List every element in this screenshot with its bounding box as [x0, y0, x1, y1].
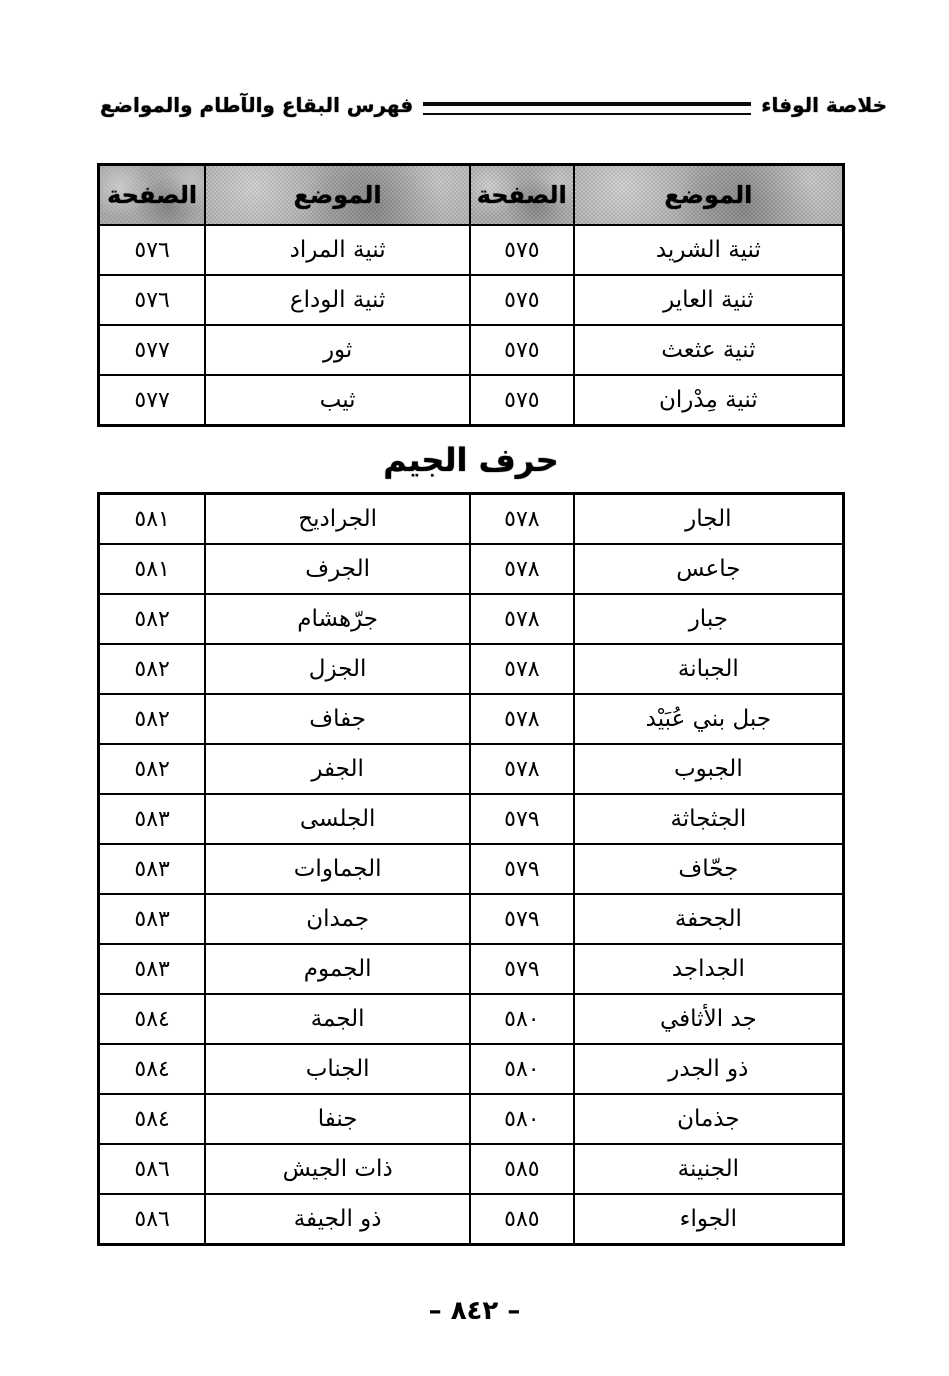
entry-place-cell: جفاف — [205, 694, 470, 744]
entry-place-cell: الجار — [574, 494, 844, 545]
entry-place-cell: جبار — [574, 594, 844, 644]
index-table-row: جد الأثافي ٥٨٠ الجمة ٥٨٤ — [99, 994, 844, 1044]
entry-place-cell: ذو الجيفة — [205, 1194, 470, 1245]
entry-page-cell: ٥٨٠ — [470, 1044, 574, 1094]
index-table-tha: الموضع الصفحة الموضع الصفحة ثنية الشريد … — [97, 163, 845, 427]
running-header-book-title: خلاصة الوفاء — [761, 93, 887, 117]
entry-page-cell: ٥٧٨ — [470, 544, 574, 594]
index-table-row: الجار ٥٧٨ الجراديح ٥٨١ — [99, 494, 844, 545]
book-index-page: خلاصة الوفاء فهرس البقاع والآطام والمواض… — [0, 0, 949, 1376]
index-table-row: جحّاف ٥٧٩ الجماوات ٥٨٣ — [99, 844, 844, 894]
entry-page-cell: ٥٧٨ — [470, 494, 574, 545]
entry-place-cell: الجمة — [205, 994, 470, 1044]
entry-page-cell: ٥٨٤ — [99, 1094, 206, 1144]
running-header: خلاصة الوفاء فهرس البقاع والآطام والمواض… — [100, 86, 887, 124]
entry-page-cell: ٥٧٩ — [470, 844, 574, 894]
index-table-row: ذو الجدر ٥٨٠ الجناب ٥٨٤ — [99, 1044, 844, 1094]
entry-page-cell: ٥٨٣ — [99, 894, 206, 944]
entry-place-cell: ثور — [205, 325, 470, 375]
entry-page-cell: ٥٧٥ — [470, 325, 574, 375]
entry-place-cell: ذو الجدر — [574, 1044, 844, 1094]
entry-place-cell: الجداجد — [574, 944, 844, 994]
entry-page-cell: ٥٨٦ — [99, 1194, 206, 1245]
entry-place-cell: جحّاف — [574, 844, 844, 894]
page-number: – ٨٤٢ – — [0, 1296, 949, 1326]
entry-place-cell: الجفر — [205, 744, 470, 794]
section-heading-letter-jim: حرف الجيم — [97, 441, 845, 479]
entry-page-cell: ٥٧٨ — [470, 694, 574, 744]
entry-page-cell: ٥٧٦ — [99, 225, 206, 275]
entry-place-cell: ثنية المراد — [205, 225, 470, 275]
entry-page-cell: ٥٨٦ — [99, 1144, 206, 1194]
index-table-row: الجنينة ٥٨٥ ذات الجيش ٥٨٦ — [99, 1144, 844, 1194]
entry-page-cell: ٥٨٥ — [470, 1194, 574, 1245]
index-table-header: الموضع الصفحة الموضع الصفحة — [99, 165, 844, 226]
index-table-row: ثنية عثعث ٥٧٥ ثور ٥٧٧ — [99, 325, 844, 375]
index-table-row: جبار ٥٧٨ جرّهشام ٥٨٢ — [99, 594, 844, 644]
index-table-row: الجواء ٥٨٥ ذو الجيفة ٥٨٦ — [99, 1194, 844, 1245]
column-header-place-right: الموضع — [574, 165, 844, 226]
index-table-row: ثنية مِدْران ٥٧٥ ثيب ٥٧٧ — [99, 375, 844, 426]
index-table-row: الجثجاثة ٥٧٩ الجلسى ٥٨٣ — [99, 794, 844, 844]
entry-place-cell: الجحفة — [574, 894, 844, 944]
index-table-row: جبل بني عُبَيْد ٥٧٨ جفاف ٥٨٢ — [99, 694, 844, 744]
entry-page-cell: ٥٨١ — [99, 494, 206, 545]
entry-page-cell: ٥٧٥ — [470, 375, 574, 426]
entry-place-cell: الجواء — [574, 1194, 844, 1245]
entry-page-cell: ٥٧٨ — [470, 594, 574, 644]
entry-page-cell: ٥٨٠ — [470, 994, 574, 1044]
index-table-row: جذمان ٥٨٠ جنفا ٥٨٤ — [99, 1094, 844, 1144]
entry-place-cell: الجناب — [205, 1044, 470, 1094]
entry-page-cell: ٥٧٨ — [470, 744, 574, 794]
entry-place-cell: ثنية الوداع — [205, 275, 470, 325]
entry-page-cell: ٥٧٧ — [99, 325, 206, 375]
entry-page-cell: ٥٨٢ — [99, 644, 206, 694]
entry-place-cell: ثيب — [205, 375, 470, 426]
entry-page-cell: ٥٨٤ — [99, 1044, 206, 1094]
entry-place-cell: الجلسى — [205, 794, 470, 844]
index-table-row: الجبوب ٥٧٨ الجفر ٥٨٢ — [99, 744, 844, 794]
entry-page-cell: ٥٧٩ — [470, 944, 574, 994]
entry-page-cell: ٥٧٨ — [470, 644, 574, 694]
entry-page-cell: ٥٨٠ — [470, 1094, 574, 1144]
entry-place-cell: ثنية عثعث — [574, 325, 844, 375]
index-table-row: ثنية العاير ٥٧٥ ثنية الوداع ٥٧٦ — [99, 275, 844, 325]
entry-page-cell: ٥٧٩ — [470, 894, 574, 944]
entry-place-cell: جذمان — [574, 1094, 844, 1144]
column-header-page-left: الصفحة — [99, 165, 206, 226]
entry-place-cell: الجزل — [205, 644, 470, 694]
entry-place-cell: جبل بني عُبَيْد — [574, 694, 844, 744]
index-table-row: الجداجد ٥٧٩ الجموم ٥٨٣ — [99, 944, 844, 994]
entry-page-cell: ٥٨٢ — [99, 594, 206, 644]
entry-page-cell: ٥٧٦ — [99, 275, 206, 325]
entry-page-cell: ٥٨٣ — [99, 794, 206, 844]
index-table-row: الجحفة ٥٧٩ جمدان ٥٨٣ — [99, 894, 844, 944]
entry-place-cell: ثنية العاير — [574, 275, 844, 325]
entry-place-cell: الجبانة — [574, 644, 844, 694]
entry-place-cell: ثنية الشريد — [574, 225, 844, 275]
entry-page-cell: ٥٧٥ — [470, 225, 574, 275]
running-header-chapter-title: فهرس البقاع والآطام والمواضع — [100, 93, 413, 117]
entry-page-cell: ٥٨٤ — [99, 994, 206, 1044]
entry-page-cell: ٥٨٣ — [99, 844, 206, 894]
entry-place-cell: جمدان — [205, 894, 470, 944]
header-divider-rule — [423, 102, 751, 115]
entry-place-cell: الجراديح — [205, 494, 470, 545]
entry-place-cell: الجنينة — [574, 1144, 844, 1194]
index-table-jim: الجار ٥٧٨ الجراديح ٥٨١ جاعس ٥٧٨ الجرف ٥٨… — [97, 492, 845, 1246]
entry-place-cell: ذات الجيش — [205, 1144, 470, 1194]
entry-page-cell: ٥٨٥ — [470, 1144, 574, 1194]
entry-place-cell: الجثجاثة — [574, 794, 844, 844]
entry-page-cell: ٥٨٣ — [99, 944, 206, 994]
index-table-row: جاعس ٥٧٨ الجرف ٥٨١ — [99, 544, 844, 594]
index-table-row: ثنية الشريد ٥٧٥ ثنية المراد ٥٧٦ — [99, 225, 844, 275]
entry-page-cell: ٥٧٥ — [470, 275, 574, 325]
entry-page-cell: ٥٨٢ — [99, 694, 206, 744]
entry-place-cell: الجماوات — [205, 844, 470, 894]
entry-page-cell: ٥٧٧ — [99, 375, 206, 426]
index-table-row: الجبانة ٥٧٨ الجزل ٥٨٢ — [99, 644, 844, 694]
column-header-page-right: الصفحة — [470, 165, 574, 226]
entry-place-cell: ثنية مِدْران — [574, 375, 844, 426]
entry-place-cell: جرّهشام — [205, 594, 470, 644]
entry-place-cell: جد الأثافي — [574, 994, 844, 1044]
entry-place-cell: الجموم — [205, 944, 470, 994]
entry-page-cell: ٥٨١ — [99, 544, 206, 594]
entry-page-cell: ٥٨٢ — [99, 744, 206, 794]
entry-place-cell: الجرف — [205, 544, 470, 594]
entry-place-cell: الجبوب — [574, 744, 844, 794]
entry-page-cell: ٥٧٩ — [470, 794, 574, 844]
entry-place-cell: جنفا — [205, 1094, 470, 1144]
entry-place-cell: جاعس — [574, 544, 844, 594]
column-header-place-left: الموضع — [205, 165, 470, 226]
